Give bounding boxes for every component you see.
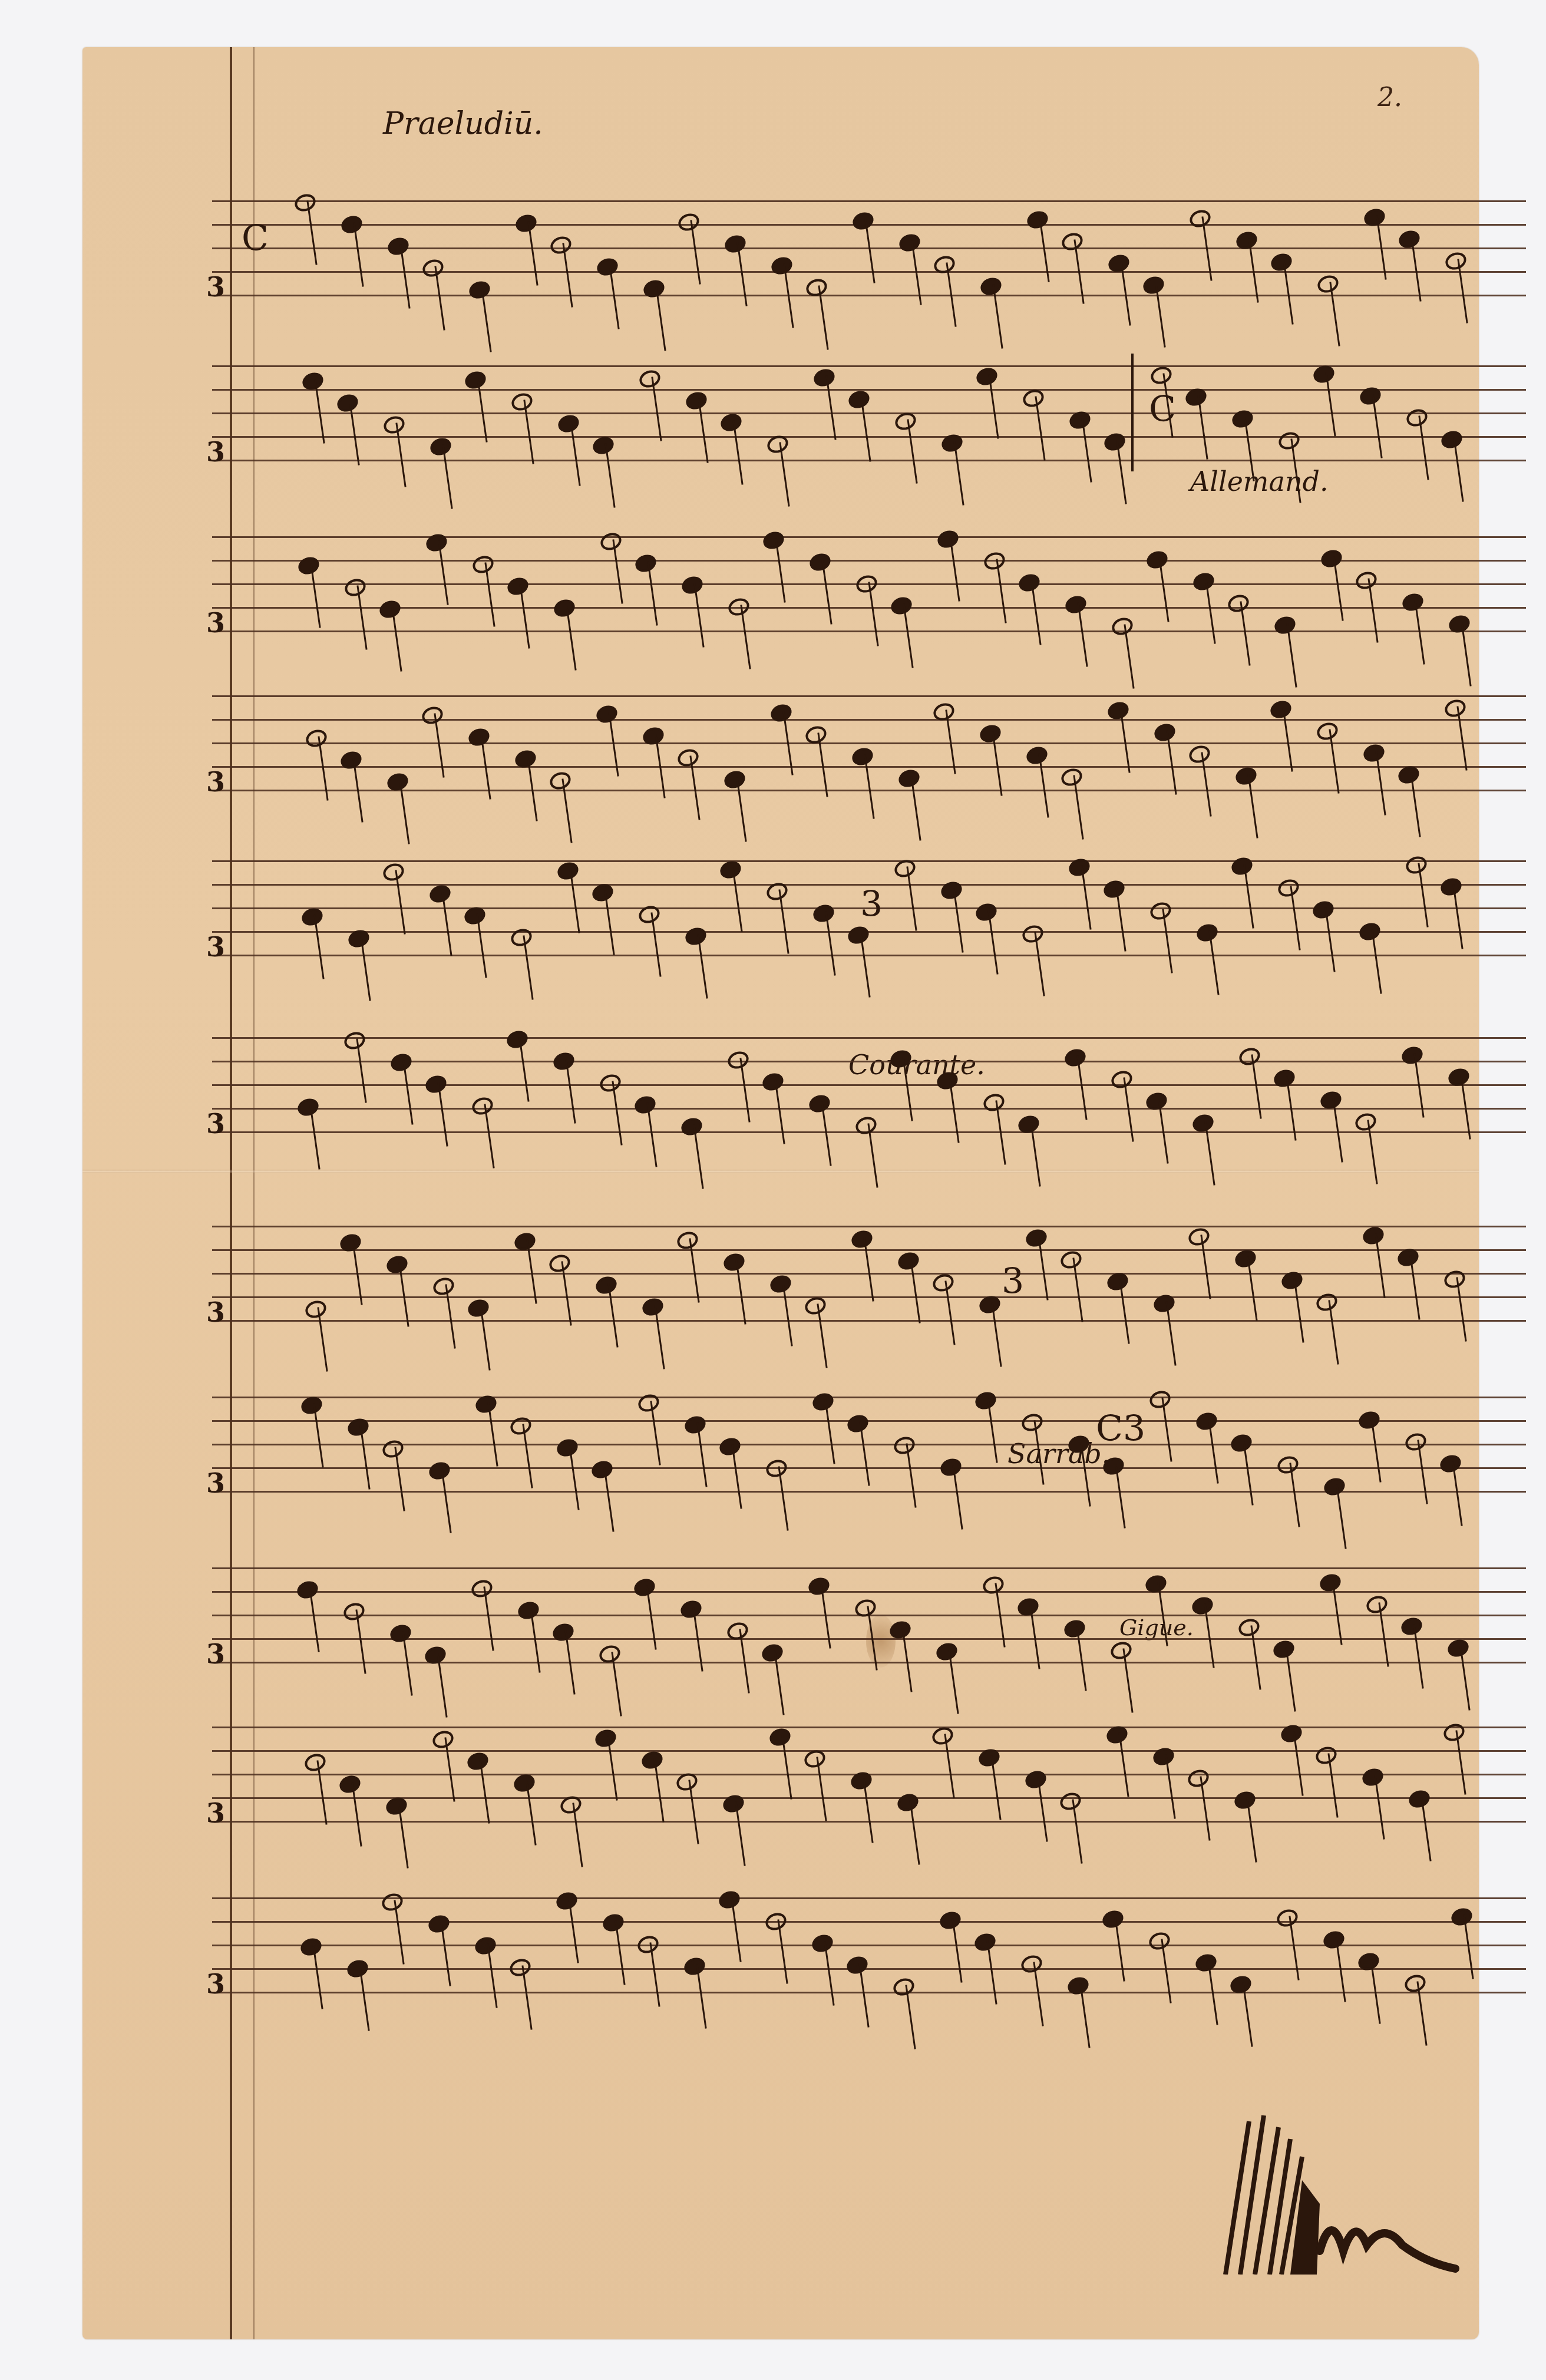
note-head <box>428 435 453 458</box>
note-stem <box>402 1060 413 1124</box>
note-head <box>1152 721 1177 744</box>
note-head <box>469 1577 494 1600</box>
note-head <box>1272 614 1297 637</box>
note-head <box>420 257 445 280</box>
note-stem <box>1030 580 1041 645</box>
note-stem <box>860 933 870 997</box>
note-head <box>381 414 407 437</box>
note-stem <box>441 892 452 956</box>
note-head <box>1442 1268 1467 1291</box>
note-head <box>1024 744 1049 767</box>
note-head <box>1025 209 1050 232</box>
note-head <box>810 1932 835 1955</box>
note-stem <box>868 582 878 646</box>
note-stem <box>527 221 538 285</box>
note-head <box>424 532 449 554</box>
note-stem <box>1200 1234 1211 1299</box>
note-head <box>1360 1766 1385 1789</box>
note-head <box>1059 230 1085 253</box>
note-stem <box>1165 1754 1175 1818</box>
note-head <box>810 1391 835 1414</box>
note-head <box>640 1296 665 1319</box>
note-head <box>806 1575 831 1598</box>
note-head <box>1353 1111 1378 1134</box>
note-head <box>930 1272 956 1295</box>
note-stem <box>736 777 746 841</box>
note-head <box>380 1438 405 1461</box>
note-head <box>768 1273 793 1296</box>
note-stem <box>1076 1626 1086 1691</box>
note-head <box>679 574 705 597</box>
note-head <box>1023 1768 1048 1791</box>
note-stem <box>572 1803 583 1867</box>
note-stem <box>1081 418 1092 482</box>
note-stem <box>732 867 742 932</box>
note-stem <box>391 607 402 671</box>
note-stem <box>1367 578 1378 642</box>
note-stem <box>1155 283 1165 347</box>
note-head <box>341 1600 366 1623</box>
note-head <box>337 1773 362 1796</box>
note-head <box>466 726 491 749</box>
note-stem <box>1115 1464 1125 1528</box>
manuscript-page: 2. Praeludiū. Allemand. Courante. Sarrab… <box>82 47 1479 2339</box>
time-signature: C <box>242 218 269 259</box>
note-stem <box>1161 1397 1172 1461</box>
note-head <box>974 365 999 388</box>
note-stem <box>398 1262 409 1326</box>
note-head <box>303 1298 328 1321</box>
note-stem <box>824 1399 835 1464</box>
note-head <box>1020 923 1045 946</box>
note-stem <box>859 1421 870 1486</box>
note-head <box>1230 408 1255 431</box>
note-stem <box>1414 600 1425 664</box>
note-head <box>1229 855 1254 878</box>
note-head <box>1063 593 1088 616</box>
note-head <box>594 256 620 279</box>
note-stem <box>523 935 533 999</box>
note-head <box>1356 1409 1382 1432</box>
note-stem <box>825 375 836 440</box>
note-head <box>594 703 619 726</box>
note-head <box>1185 1767 1211 1790</box>
note-stem <box>394 1900 404 1964</box>
note-head <box>1445 1637 1471 1660</box>
note-stem <box>1081 865 1091 929</box>
note-head <box>551 1050 576 1073</box>
note-head <box>1236 1616 1261 1639</box>
note-stem <box>607 1283 618 1347</box>
note-head <box>891 1434 917 1457</box>
note-stem <box>1329 282 1340 346</box>
note-head <box>1194 1410 1219 1433</box>
note-head <box>1276 430 1301 453</box>
note-head <box>1319 547 1344 570</box>
note-head <box>465 1297 491 1320</box>
note-stem <box>570 421 580 486</box>
note-stem <box>476 913 487 978</box>
note-head <box>600 1912 626 1935</box>
note-stem <box>398 1804 408 1868</box>
note-stem <box>864 754 874 818</box>
note-head <box>718 411 744 434</box>
note-head <box>939 432 964 455</box>
clef-marking: 3 <box>206 1108 225 1140</box>
page-number: 2. <box>1377 82 1402 113</box>
note-stem <box>1240 601 1250 665</box>
note-head <box>1321 1929 1346 1952</box>
note-head <box>764 1457 789 1480</box>
note-stem <box>1247 1256 1257 1321</box>
note-head <box>1062 1618 1087 1640</box>
note-stem <box>992 731 1002 795</box>
note-head <box>388 1051 414 1074</box>
note-head <box>551 597 577 620</box>
note-head <box>1268 251 1294 274</box>
note-head <box>550 1621 576 1644</box>
note-head <box>632 1094 658 1117</box>
note-stem <box>646 1102 657 1167</box>
note-stem <box>952 1465 963 1529</box>
note-head <box>849 1228 874 1251</box>
note-stem <box>484 562 495 626</box>
note-head <box>1066 1433 1091 1456</box>
note-stem <box>740 605 751 669</box>
note-head <box>508 926 534 949</box>
note-head <box>848 1770 874 1793</box>
note-stem <box>736 242 747 306</box>
note-stem <box>1332 1580 1342 1645</box>
note-head <box>981 1091 1006 1114</box>
note-head <box>939 879 964 902</box>
note-stem <box>864 219 875 283</box>
note-head <box>637 368 662 391</box>
note-head <box>548 234 573 257</box>
note-stem <box>1456 706 1467 770</box>
note-stem <box>1375 751 1386 815</box>
clef-marking: 3 <box>206 1467 225 1499</box>
note-stem <box>1293 1731 1303 1795</box>
time-signature: 3 <box>1002 1261 1024 1302</box>
note-head <box>675 1229 700 1252</box>
note-stem <box>653 1758 664 1822</box>
note-head <box>1313 1744 1339 1767</box>
note-stem <box>1037 1777 1048 1841</box>
note-stem <box>1409 1255 1420 1319</box>
note-head <box>982 550 1007 573</box>
note-head <box>769 255 794 278</box>
note-head <box>1322 1475 1347 1498</box>
note-stem <box>646 1585 656 1649</box>
note-head <box>381 861 406 884</box>
note-stem <box>569 869 580 933</box>
time-signature: C <box>1149 389 1176 430</box>
note-head <box>896 767 921 790</box>
note-stem <box>561 1261 572 1325</box>
note-stem <box>1114 1917 1125 1981</box>
note-stem <box>944 1734 954 1798</box>
note-head <box>507 1956 533 1979</box>
note-stem <box>778 889 789 953</box>
note-stem <box>434 266 445 330</box>
note-head <box>845 924 871 947</box>
note-head <box>896 1250 921 1273</box>
note-stem <box>992 284 1003 348</box>
note-head <box>298 1936 323 1959</box>
clef-marking: 3 <box>206 766 225 798</box>
note-stem <box>903 603 913 668</box>
note-stem <box>434 713 444 777</box>
note-stem <box>395 422 406 487</box>
note-head <box>636 903 662 926</box>
note-stem <box>987 910 998 974</box>
note-head <box>891 1976 916 1999</box>
note-head <box>547 1252 572 1275</box>
note-head <box>760 1071 785 1094</box>
note-stem <box>1033 1962 1043 2026</box>
note-stem <box>1453 437 1464 501</box>
note-stem <box>317 1307 328 1371</box>
note-head <box>296 554 321 577</box>
note-stem <box>1336 1484 1346 1549</box>
note-stem <box>902 1057 913 1121</box>
note-stem <box>651 377 662 441</box>
note-stem <box>561 778 572 843</box>
note-stem <box>1077 602 1088 666</box>
note-stem <box>650 1401 660 1465</box>
note-stem <box>310 563 321 628</box>
note-head <box>377 598 402 621</box>
note-head <box>465 1750 490 1773</box>
note-stem <box>604 890 615 955</box>
note-stem <box>612 1081 622 1145</box>
note-stem <box>1034 932 1045 996</box>
note-stem <box>356 585 367 649</box>
note-head <box>1016 572 1042 595</box>
note-head <box>593 1274 619 1297</box>
note-head <box>1062 1047 1088 1069</box>
note-head <box>934 1640 959 1663</box>
note-head <box>973 1389 998 1412</box>
note-stem <box>863 1778 873 1843</box>
staff-system-6: 3 <box>212 1014 1526 1155</box>
paper-fold <box>82 1170 1479 1173</box>
note-stem <box>306 200 317 265</box>
note-stem <box>825 911 835 975</box>
note-stem <box>777 1919 788 1983</box>
note-stem <box>309 1105 320 1169</box>
note-stem <box>944 1280 955 1345</box>
note-head <box>937 1909 963 1932</box>
note-head <box>1058 1790 1083 1813</box>
note-head <box>1360 1224 1386 1247</box>
note-head <box>1187 743 1212 766</box>
note-head <box>1357 385 1383 408</box>
note-head <box>1151 1292 1177 1315</box>
note-head <box>554 1437 580 1460</box>
note-head <box>683 925 708 948</box>
note-stem <box>731 1897 741 1962</box>
note-stem <box>905 1985 916 2049</box>
note-stem <box>1410 237 1421 301</box>
note-head <box>342 1029 367 1052</box>
staff-system-5: 3 3 <box>212 837 1526 978</box>
note-stem <box>1038 753 1049 817</box>
note-head <box>292 192 318 214</box>
note-stem <box>697 934 708 998</box>
note-stem <box>359 1425 370 1489</box>
staff-system-8: 3 C3 <box>212 1373 1526 1514</box>
note-stem <box>910 1259 920 1323</box>
staff-system-3: 3 <box>212 513 1526 654</box>
note-head <box>423 1073 448 1096</box>
note-head <box>935 528 960 551</box>
note-stem <box>1243 864 1254 928</box>
note-stem <box>1290 886 1300 950</box>
note-head <box>473 1935 498 1958</box>
note-head <box>345 1416 371 1439</box>
note-head <box>759 1642 785 1665</box>
note-head <box>431 1275 456 1298</box>
note-head <box>1109 615 1135 638</box>
note-stem <box>1119 708 1130 773</box>
double-barline <box>1131 354 1134 471</box>
note-stem <box>519 584 530 648</box>
note-head <box>1147 1388 1172 1411</box>
note-stem <box>438 540 448 605</box>
note-head <box>1276 877 1301 900</box>
note-head <box>1193 1952 1218 1975</box>
note-head <box>1314 720 1340 743</box>
note-stem <box>988 374 999 438</box>
note-stem <box>355 1609 366 1673</box>
note-head <box>554 1890 579 1913</box>
note-head <box>716 1889 742 1912</box>
note-head <box>888 1048 913 1071</box>
note-stem <box>615 1920 625 1985</box>
note-stem <box>518 1037 529 1101</box>
note-stem <box>953 441 964 505</box>
note-stem <box>353 222 364 286</box>
note-stem <box>649 1942 660 2006</box>
note-stem <box>1456 1277 1466 1341</box>
note-stem <box>609 265 619 329</box>
clef-marking: 3 <box>206 1968 225 2000</box>
note-head <box>385 235 411 258</box>
note-stem <box>1200 1776 1210 1840</box>
note-head <box>509 391 534 414</box>
note-head <box>426 1913 451 1936</box>
note-stem <box>1370 1418 1381 1482</box>
note-head <box>1315 273 1340 296</box>
note-head <box>419 704 445 727</box>
note-head <box>597 1072 623 1095</box>
note-head <box>593 1727 618 1750</box>
note-head <box>1100 1908 1125 1931</box>
note-stem <box>569 1445 579 1510</box>
note-head <box>635 1933 660 1956</box>
note-head <box>1151 1745 1176 1768</box>
note-head <box>1225 592 1251 615</box>
note-head <box>598 530 623 553</box>
note-stem <box>441 1468 451 1533</box>
note-head <box>1108 1639 1134 1662</box>
note-stem <box>522 1424 533 1488</box>
note-head <box>1403 1431 1428 1454</box>
note-stem <box>487 1943 497 2008</box>
time-signature: 3 <box>860 884 883 925</box>
note-stem <box>952 1918 962 1982</box>
note-head <box>768 702 794 725</box>
note-stem <box>313 915 324 979</box>
note-head <box>1148 364 1174 387</box>
note-head <box>1274 1907 1300 1930</box>
note-head <box>467 279 492 302</box>
note-head <box>676 211 701 234</box>
note-stem <box>1038 1236 1048 1300</box>
note-head <box>1148 900 1173 923</box>
note-head <box>1271 1638 1296 1661</box>
note-head <box>973 901 999 924</box>
note-head <box>1144 549 1170 572</box>
note-stem <box>821 1101 831 1166</box>
note-stem <box>1418 863 1428 927</box>
note-head <box>641 278 666 301</box>
note-stem <box>690 220 701 284</box>
note-stem <box>1378 1602 1389 1666</box>
note-stem <box>521 1965 532 2029</box>
note-stem <box>909 1800 920 1864</box>
note-stem <box>654 1305 665 1369</box>
note-stem <box>1325 372 1336 436</box>
clef-marking: 3 <box>206 607 225 639</box>
note-stem <box>1327 1753 1338 1817</box>
note-stem <box>607 1736 617 1800</box>
note-head <box>682 1955 707 1978</box>
note-stem <box>1452 884 1463 949</box>
note-head <box>811 367 837 389</box>
note-head <box>427 883 452 906</box>
note-head <box>1314 1291 1339 1314</box>
note-head <box>388 1622 413 1645</box>
note-stem <box>1119 1279 1129 1344</box>
note-stem <box>781 1735 792 1799</box>
note-stem <box>1205 579 1215 643</box>
note-stem <box>860 397 871 461</box>
note-stem <box>444 1737 455 1801</box>
note-stem <box>1204 1603 1214 1668</box>
note-stem <box>487 1402 498 1466</box>
note-stem <box>863 1237 874 1301</box>
note-head <box>342 576 368 599</box>
note-stem <box>442 444 452 509</box>
note-head <box>335 392 360 415</box>
note-stem <box>356 1038 366 1102</box>
note-stem <box>1243 1441 1253 1505</box>
staff-system-4: 3 <box>212 672 1526 813</box>
note-head <box>639 1749 665 1772</box>
note-head <box>678 1598 703 1621</box>
note-head <box>683 389 709 412</box>
note-stem <box>1246 1798 1257 1862</box>
clef-marking: 3 <box>206 1797 225 1829</box>
note-head <box>1310 899 1336 922</box>
note-stem <box>402 1631 412 1695</box>
note-stem <box>1165 1301 1176 1365</box>
note-head <box>807 1092 832 1115</box>
note-stem <box>312 1945 323 2009</box>
